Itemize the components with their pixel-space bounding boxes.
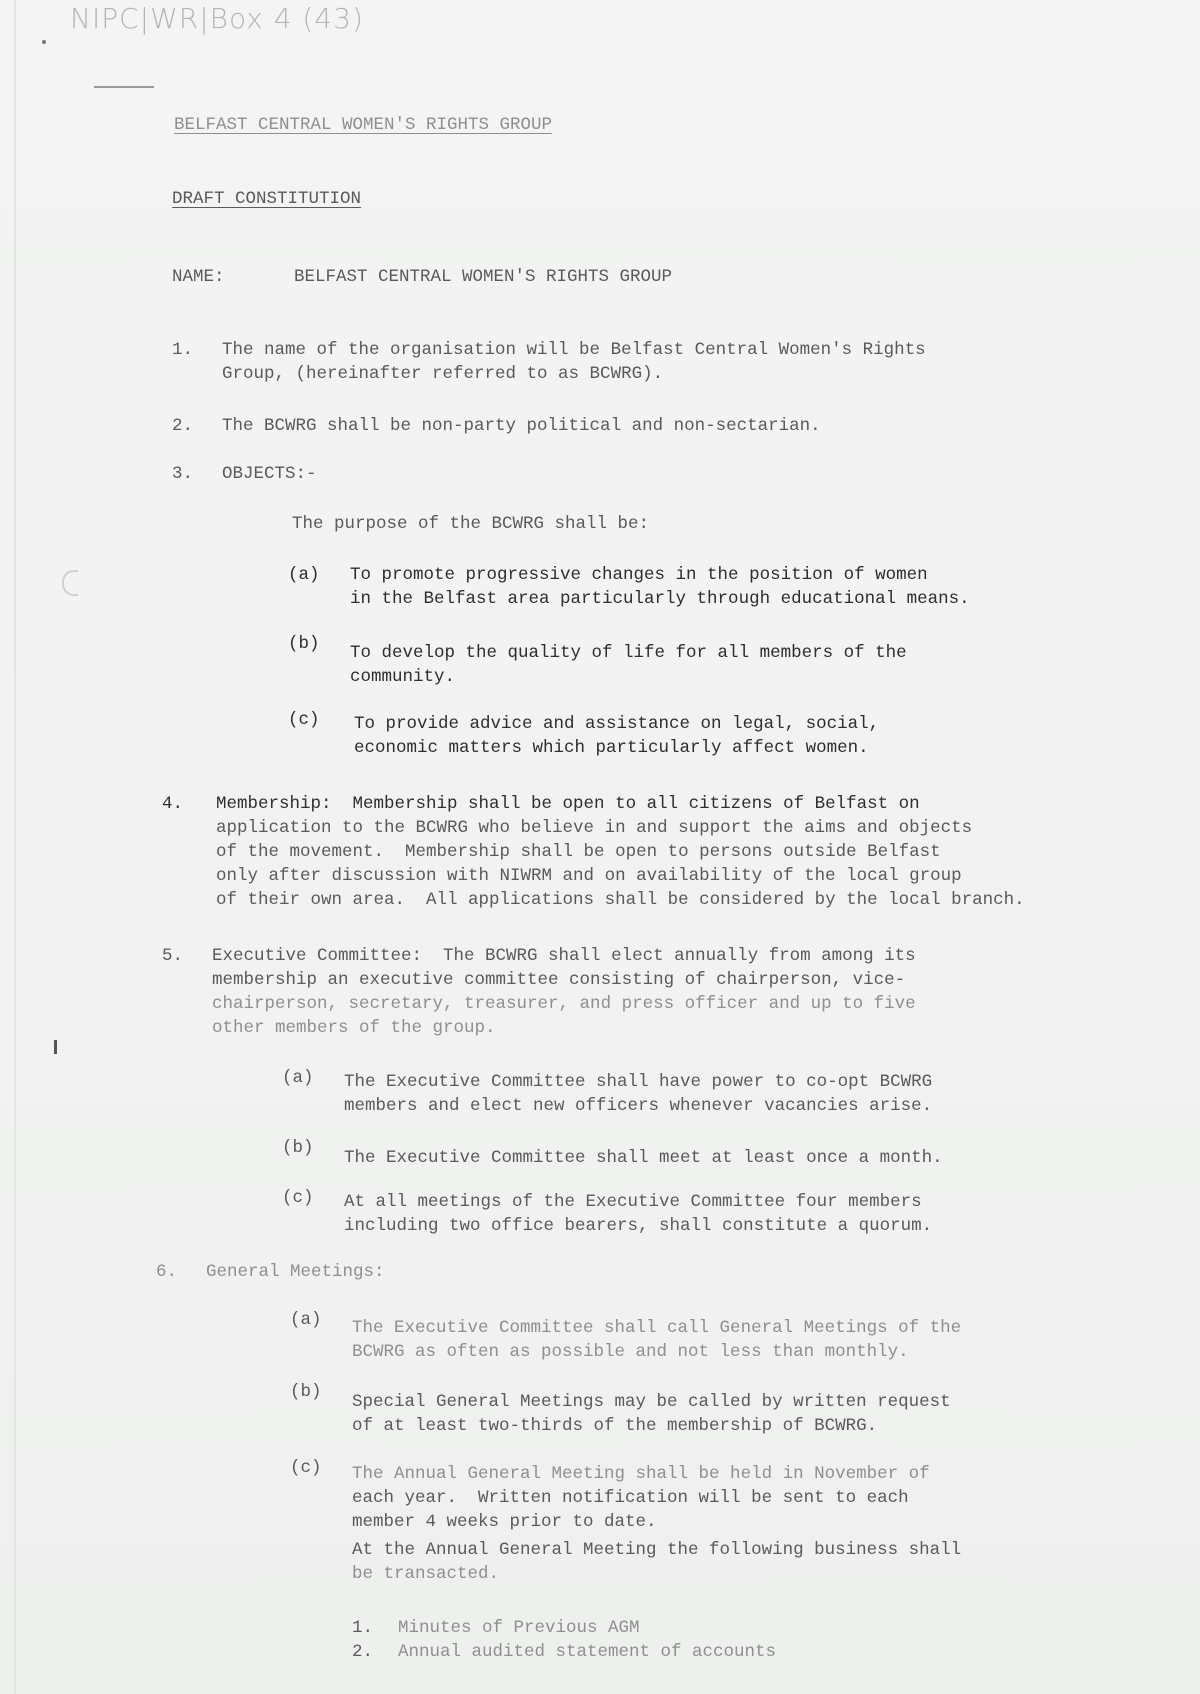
name-value: BELFAST CENTRAL WOMEN'S RIGHTS GROUP bbox=[294, 265, 672, 289]
clause-5a-line: members and elect new officers whenever … bbox=[344, 1094, 932, 1118]
clause-3-heading: OBJECTS:- bbox=[222, 462, 317, 486]
clause-3b-line: community. bbox=[350, 665, 455, 689]
clause-6b-label: (b) bbox=[290, 1380, 322, 1404]
clause-6b-line: of at least two-thirds of the membership… bbox=[352, 1414, 877, 1438]
clause-5c-line: At all meetings of the Executive Committ… bbox=[344, 1190, 922, 1214]
clause-5b-label: (b) bbox=[282, 1136, 314, 1160]
clause-2-line: The BCWRG shall be non-party political a… bbox=[222, 414, 821, 438]
clause-5-line: Executive Committee: The BCWRG shall ele… bbox=[212, 944, 916, 968]
clause-6-heading: General Meetings: bbox=[206, 1260, 385, 1284]
clause-6c-line: member 4 weeks prior to date. bbox=[352, 1510, 657, 1534]
clause-2-number: 2. bbox=[172, 414, 193, 438]
clause-6b-line: Special General Meetings may be called b… bbox=[352, 1390, 951, 1414]
clause-3c-line: To provide advice and assistance on lega… bbox=[354, 712, 879, 736]
document-page: NIPC|WR|Box 4 (43) BELFAST CENTRAL WOMEN… bbox=[0, 0, 1200, 1694]
archive-reference: NIPC|WR|Box 4 (43) bbox=[70, 2, 364, 35]
clause-5a-line: The Executive Committee shall have power… bbox=[344, 1070, 932, 1094]
punch-hole bbox=[62, 570, 78, 596]
clause-5-number: 5. bbox=[162, 944, 183, 968]
org-title: BELFAST CENTRAL WOMEN'S RIGHTS GROUP bbox=[174, 113, 552, 137]
business-item-number: 2. bbox=[352, 1640, 373, 1664]
punch-mark bbox=[54, 1040, 57, 1054]
clause-3-intro: The purpose of the BCWRG shall be: bbox=[292, 512, 649, 536]
clause-1-line: The name of the organisation will be Bel… bbox=[222, 338, 926, 362]
business-item-text: Minutes of Previous AGM bbox=[398, 1616, 640, 1640]
clause-5b-line: The Executive Committee shall meet at le… bbox=[344, 1146, 943, 1170]
clause-3b-line: To develop the quality of life for all m… bbox=[350, 641, 907, 665]
clause-6c-line: each year. Written notification will be … bbox=[352, 1486, 909, 1510]
speck bbox=[42, 40, 46, 44]
clause-3b-label: (b) bbox=[288, 632, 320, 656]
clause-4-line: Membership: Membership shall be open to … bbox=[216, 792, 920, 816]
clause-3a-line: in the Belfast area particularly through… bbox=[350, 587, 970, 611]
clause-5a-label: (a) bbox=[282, 1066, 314, 1090]
clause-3-number: 3. bbox=[172, 462, 193, 486]
doc-title: DRAFT CONSTITUTION bbox=[172, 187, 361, 211]
divider bbox=[94, 86, 154, 88]
clause-3a-label: (a) bbox=[288, 563, 320, 587]
clause-1-line: Group, (hereinafter referred to as BCWRG… bbox=[222, 362, 663, 386]
clause-4-number: 4. bbox=[162, 792, 183, 816]
business-item-number: 1. bbox=[352, 1616, 373, 1640]
name-label: NAME: bbox=[172, 265, 225, 289]
clause-5-line: membership an executive committee consis… bbox=[212, 968, 905, 992]
clause-6c-line: At the Annual General Meeting the follow… bbox=[352, 1538, 961, 1562]
clause-4-line: only after discussion with NIWRM and on … bbox=[216, 864, 962, 888]
clause-5c-line: including two office bearers, shall cons… bbox=[344, 1214, 932, 1238]
clause-5-line: other members of the group. bbox=[212, 1016, 496, 1040]
clause-6c-label: (c) bbox=[290, 1456, 322, 1480]
clause-3a-line: To promote progressive changes in the po… bbox=[350, 563, 928, 587]
clause-3c-line: economic matters which particularly affe… bbox=[354, 736, 869, 760]
clause-4-line: application to the BCWRG who believe in … bbox=[216, 816, 972, 840]
scan-edge bbox=[14, 0, 16, 1694]
clause-6a-line: BCWRG as often as possible and not less … bbox=[352, 1340, 909, 1364]
clause-4-line: of the movement. Membership shall be ope… bbox=[216, 840, 941, 864]
clause-6c-line: be transacted. bbox=[352, 1562, 499, 1586]
clause-5c-label: (c) bbox=[282, 1186, 314, 1210]
clause-6a-label: (a) bbox=[290, 1308, 322, 1332]
clause-6a-line: The Executive Committee shall call Gener… bbox=[352, 1316, 961, 1340]
clause-6-number: 6. bbox=[156, 1260, 177, 1284]
clause-1-number: 1. bbox=[172, 338, 193, 362]
clause-3c-label: (c) bbox=[288, 708, 320, 732]
clause-6c-line: The Annual General Meeting shall be held… bbox=[352, 1462, 930, 1486]
clause-4-line: of their own area. All applications shal… bbox=[216, 888, 1025, 912]
clause-5-line: chairperson, secretary, treasurer, and p… bbox=[212, 992, 916, 1016]
business-item-text: Annual audited statement of accounts bbox=[398, 1640, 776, 1664]
